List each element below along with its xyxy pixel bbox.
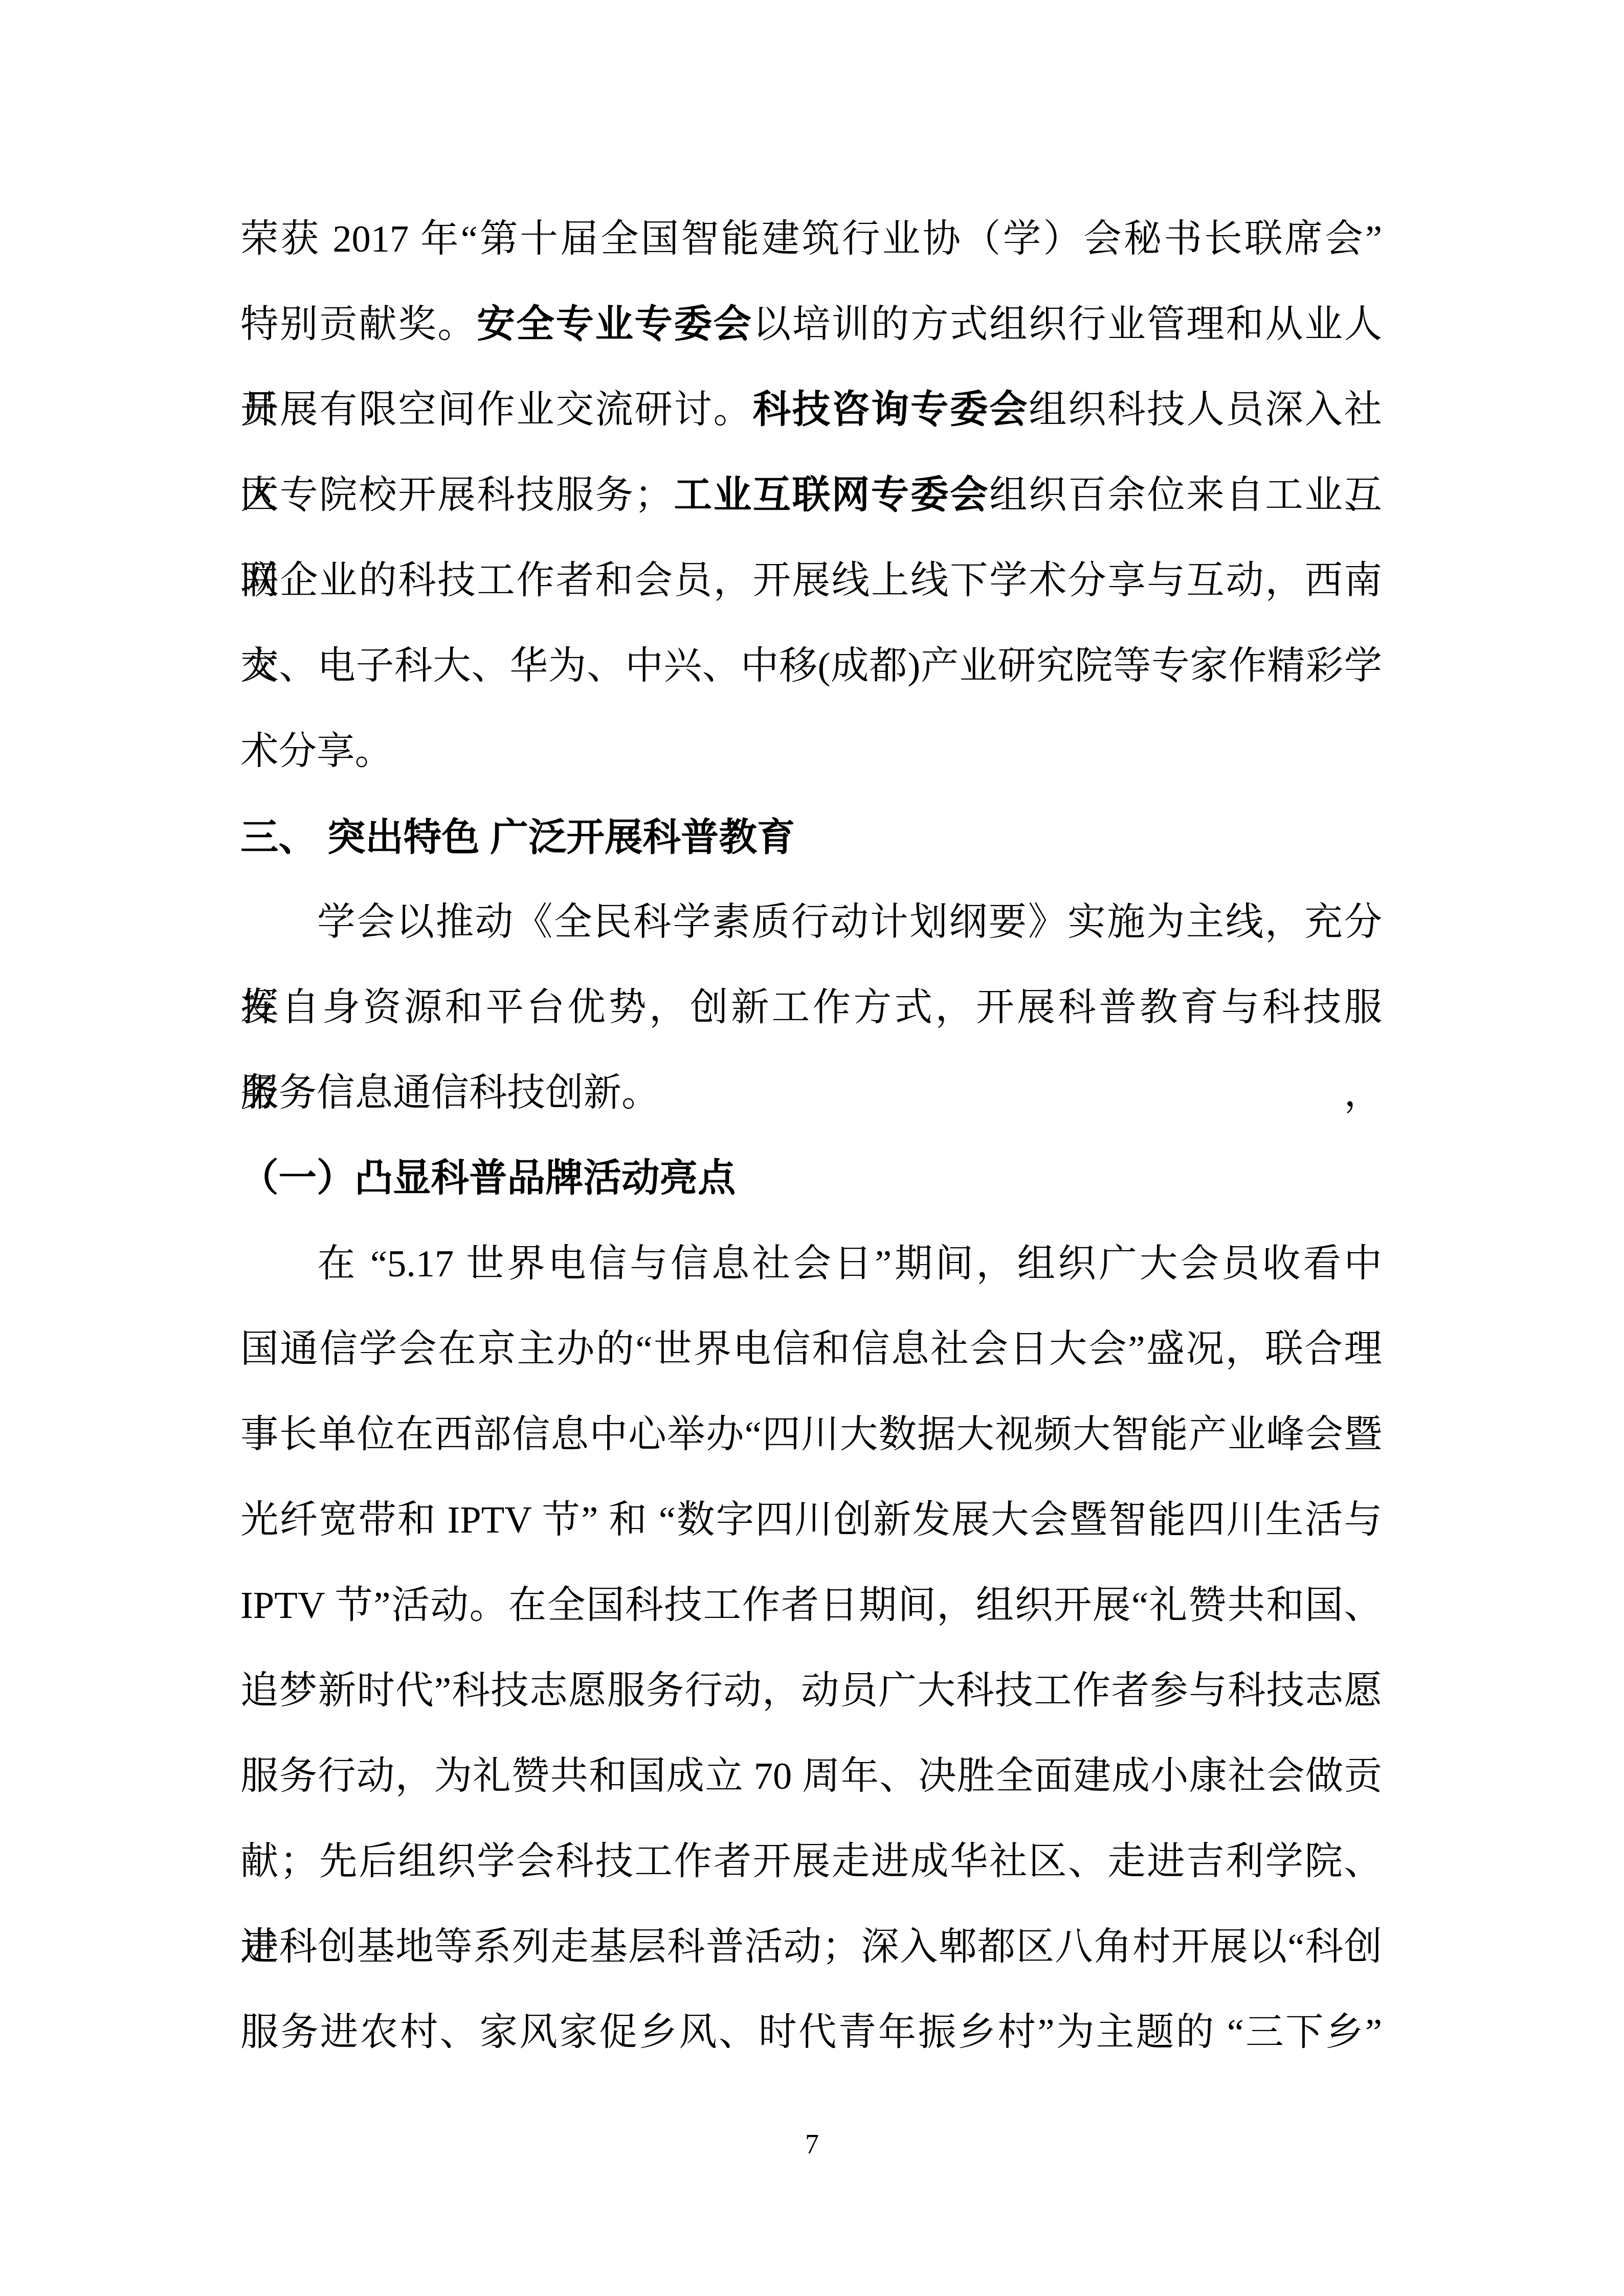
bold-text-run: 安全专业专委会 <box>477 304 752 346</box>
text-line: 服务行动，为礼赞共和国成立 70 周年、决胜全面建成小康社会做贡 <box>240 1734 1382 1819</box>
text-line: 服务进农村、家风家促乡风、时代青年振乡村”为主题的 “三下乡” <box>240 1990 1382 2076</box>
text-line: 网企业的科技工作者和会员，开展线上线下学术分享与互动，西南交 <box>240 538 1382 624</box>
section-heading: 三、 突出特色 广泛开展科普教育 <box>240 795 1382 880</box>
text-line: 开展有限空间作业交流研讨。科技咨询专委会组织科技人员深入社区、 <box>240 368 1382 453</box>
text-run: 荣获 2017 年“第十届全国智能建筑行业协（学）会秘书长联席会” <box>240 218 1382 260</box>
text-line: 献；先后组织学会科技工作者开展走进成华社区、走进吉利学院、走 <box>240 1819 1382 1905</box>
document-page: 荣获 2017 年“第十届全国智能建筑行业协（学）会秘书长联席会”特别贡献奖。安… <box>0 0 1624 2296</box>
text-run: 事长单位在西部信息中心举办“四川大数据大视频大智能产业峰会暨 <box>240 1414 1382 1456</box>
text-line: 大专院校开展科技服务；工业互联网专委会组织百余位来自工业互联 <box>240 453 1382 538</box>
bold-text-run: 工业互联网专委会 <box>673 475 989 516</box>
text-run: 大专院校开展科技服务； <box>240 475 673 516</box>
text-line: 术分享。 <box>240 709 1382 795</box>
text-line: IPTV 节”活动。在全国科技工作者日期间，组织开展“礼赞共和国、 <box>240 1563 1382 1649</box>
text-line: 荣获 2017 年“第十届全国智能建筑行业协（学）会秘书长联席会” <box>240 197 1382 282</box>
text-run: 服务信息通信科技创新。 <box>240 1072 660 1114</box>
text-run: 服务行动，为礼赞共和国成立 70 周年、决胜全面建成小康社会做贡 <box>240 1755 1382 1797</box>
text-line: 追梦新时代”科技志愿服务行动，动员广大科技工作者参与科技志愿 <box>240 1649 1382 1734</box>
bold-text-run: 科技咨询专委会 <box>753 389 1029 431</box>
text-run: 光纤宽带和 IPTV 节” 和 “数字四川创新发展大会暨智能四川生活与 <box>240 1499 1382 1541</box>
text-run: 大、电子科大、华为、中兴、中移(成都)产业研究院等专家作精彩学 <box>240 645 1382 687</box>
text-run: IPTV 节”活动。在全国科技工作者日期间，组织开展“礼赞共和国、 <box>240 1585 1382 1627</box>
bold-text-run: （一）凸显科普品牌活动亮点 <box>240 1158 736 1200</box>
text-line: 在 “5.17 世界电信与信息社会日”期间，组织广大会员收看中 <box>240 1222 1382 1307</box>
subsection-heading: （一）凸显科普品牌活动亮点 <box>240 1136 1382 1222</box>
text-line: 事长单位在西部信息中心举办“四川大数据大视频大智能产业峰会暨 <box>240 1392 1382 1478</box>
text-run: 开展有限空间作业交流研讨。 <box>240 389 753 431</box>
text-run: 在 “5.17 世界电信与信息社会日”期间，组织广大会员收看中 <box>317 1243 1382 1285</box>
text-run: 服务进农村、家风家促乡风、时代青年振乡村”为主题的 “三下乡” <box>240 2012 1382 2054</box>
text-line: 国通信学会在京主办的“世界电信和信息社会日大会”盛况，联合理 <box>240 1307 1382 1392</box>
text-line: 光纤宽带和 IPTV 节” 和 “数字四川创新发展大会暨智能四川生活与 <box>240 1478 1382 1563</box>
text-line: 进科创基地等系列走基层科普活动；深入郫都区八角村开展以“科创 <box>240 1905 1382 1990</box>
document-content: 荣获 2017 年“第十届全国智能建筑行业协（学）会秘书长联席会”特别贡献奖。安… <box>240 197 1382 2076</box>
text-run: 术分享。 <box>240 731 393 773</box>
text-run: 进科创基地等系列走基层科普活动；深入郫都区八角村开展以“科创 <box>240 1926 1382 1968</box>
text-line: 学会以推动《全民科学素质行动计划纲要》实施为主线，充分发 <box>240 880 1382 965</box>
text-line: 大、电子科大、华为、中兴、中移(成都)产业研究院等专家作精彩学 <box>240 624 1382 709</box>
bold-text-run: 三、 突出特色 广泛开展科普教育 <box>240 816 795 859</box>
text-line: 挥自身资源和平台优势，创新工作方式，开展科普教育与科技服务， <box>240 965 1382 1051</box>
page-number: 7 <box>0 2127 1624 2161</box>
text-line: 特别贡献奖。安全专业专委会以培训的方式组织行业管理和从业人员 <box>240 282 1382 368</box>
text-run: 特别贡献奖。 <box>240 304 477 346</box>
text-run: 国通信学会在京主办的“世界电信和信息社会日大会”盛况，联合理 <box>240 1329 1382 1370</box>
text-run: 追梦新时代”科技志愿服务行动，动员广大科技工作者参与科技志愿 <box>240 1670 1382 1712</box>
